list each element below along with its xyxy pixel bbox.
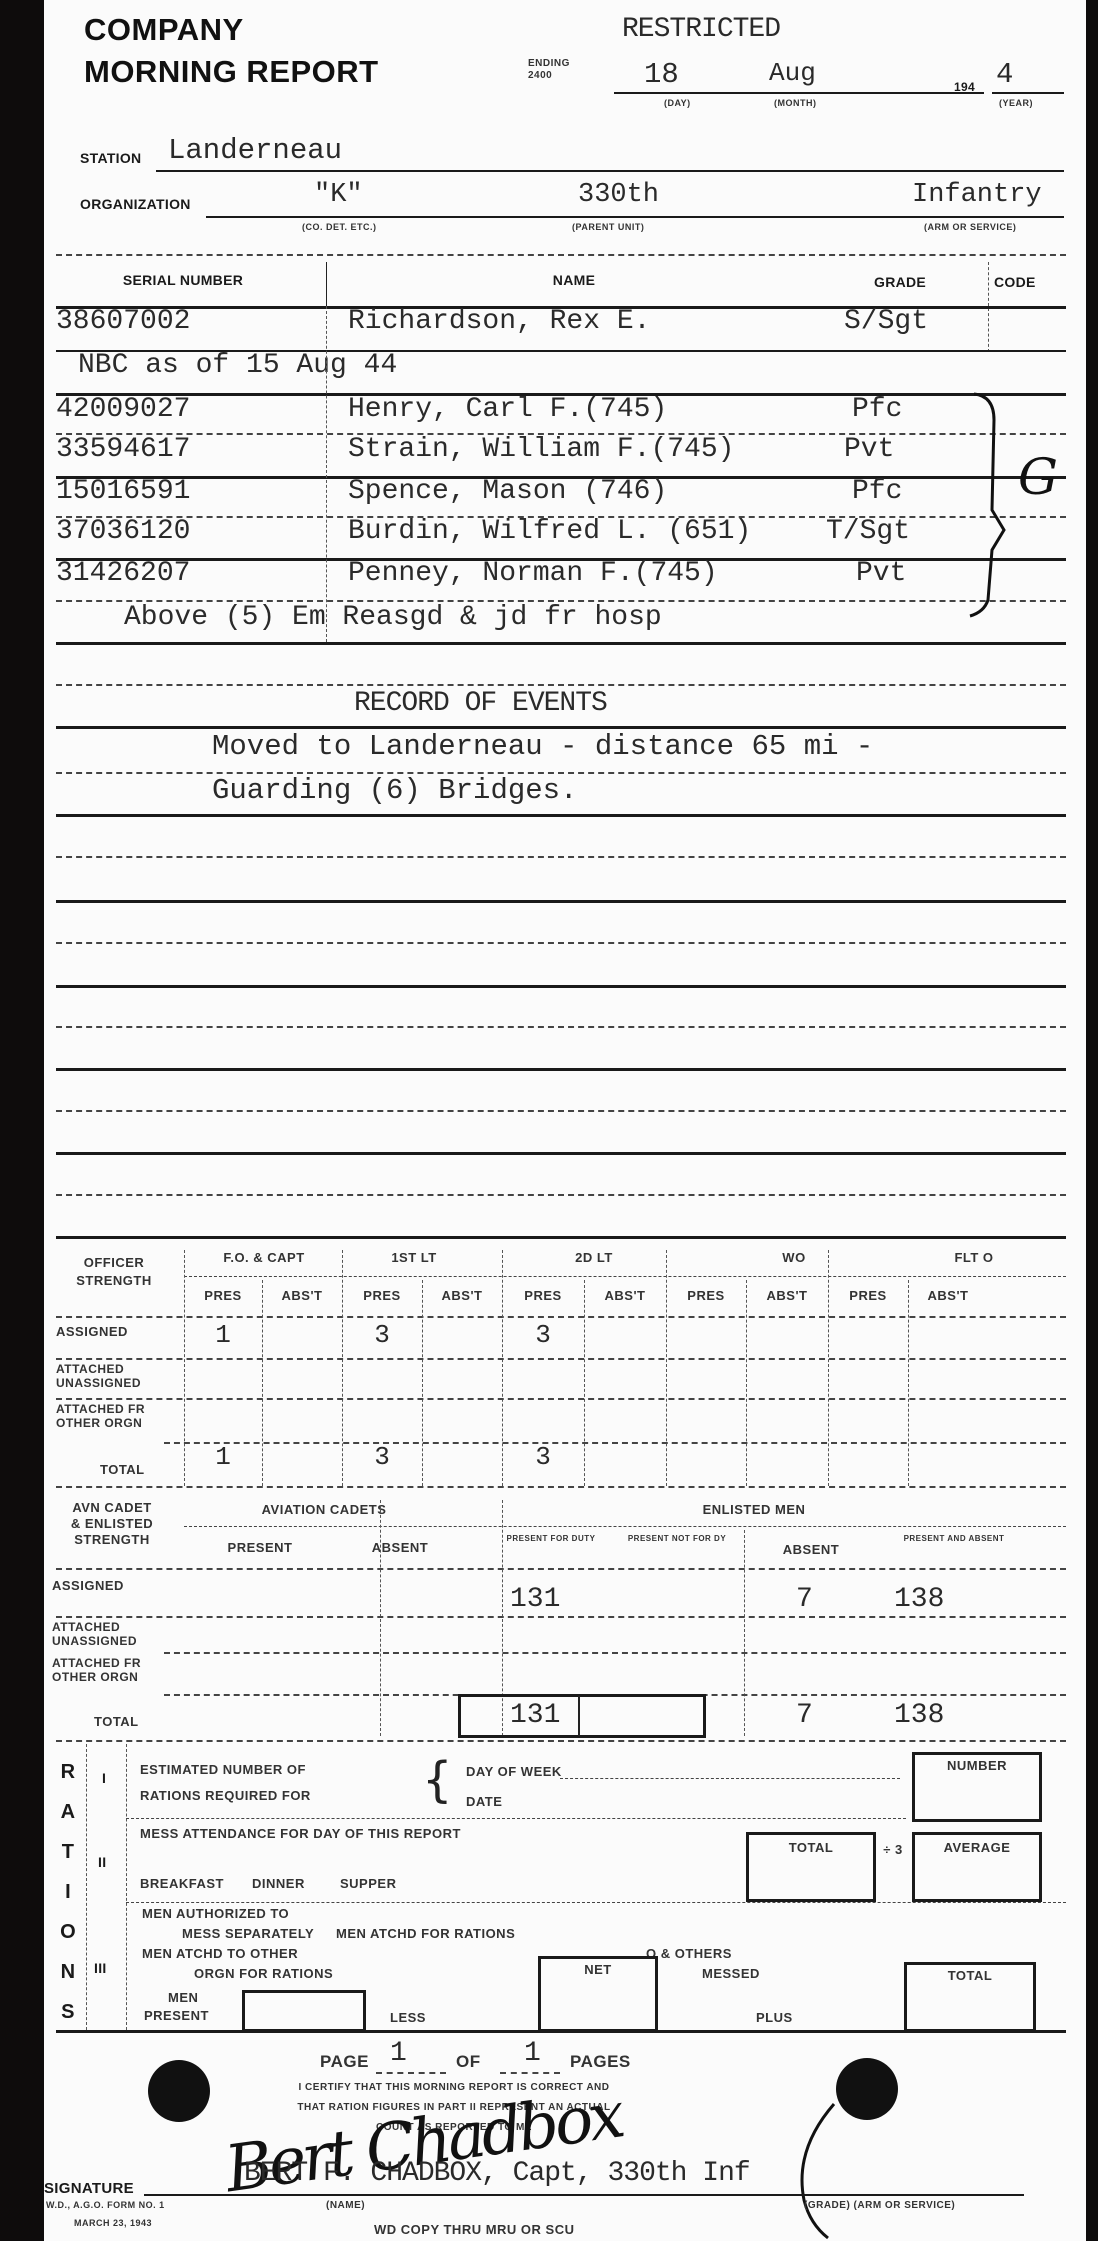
signature-label: SIGNATURE [44,2180,134,2197]
row-divider [184,1526,1066,1527]
serial-number: 37036120 [56,516,190,547]
officer-subheader: PRES [828,1288,908,1303]
signature-line [144,2194,1024,2196]
atchd-other-text2: ORGN FOR RATIONS [194,1966,333,1981]
officer-strength-label: OFFICERSTRENGTH [54,1254,174,1290]
aviation-cadets-group: AVIATION CADETS [224,1502,424,1517]
serial-number: 15016591 [56,476,190,507]
number-box-label: NUMBER [912,1758,1042,1773]
officer-subheader: PRES [502,1288,584,1303]
officer-group: 1ST LT [344,1250,484,1265]
soldier-grade: Pvt [856,558,906,589]
form-title-line2: MORNING REPORT [84,56,379,88]
divide-by-three: ÷ 3 [878,1842,908,1857]
atchd-other-text1: MEN ATCHD TO OTHER [142,1946,298,1961]
officer-subheader: ABS'T [746,1288,828,1303]
row-divider [56,1236,1066,1239]
event-line-2: Guarding (6) Bridges. [212,774,577,807]
row-divider [56,1194,1066,1196]
net-box-label: NET [538,1962,658,1977]
serial-number: 42009027 [56,394,190,425]
row-divider [56,1316,1066,1318]
year-underline [992,92,1064,94]
morning-report-form: COMPANY MORNING REPORT RESTRICTED ENDING… [44,0,1086,2241]
total-box-label: TOTAL [746,1840,876,1855]
row-divider [56,1152,1066,1155]
signer-typed-name: BERT F. CHADBOX, Capt, 330th Inf [244,2158,750,2189]
mess-separately-text2: MESS SEPARATELY [182,1926,314,1941]
col-divider [126,1744,127,2030]
copy-note: WD COPY THRU MRU OR SCU [374,2222,574,2237]
serial-number: 33594617 [56,434,190,465]
officer-subheader: PRES [666,1288,746,1303]
less-label: LESS [390,2010,426,2025]
row-divider [56,985,1066,988]
breakfast-label: BREAKFAST [140,1876,224,1891]
col-divider [262,1280,263,1486]
row-divider [56,642,1066,645]
date-label: DATE [466,1794,502,1809]
row-divider [164,1442,1066,1444]
form-date: MARCH 23, 1943 [74,2218,152,2228]
section-roman-1: I [102,1770,106,1786]
men-present-text1: MEN [168,1990,198,2005]
enlisted-subheader: ABSENT [340,1540,460,1555]
ending-label: ENDING2400 [528,58,570,82]
others-messed-text1: O & OTHERS [646,1946,732,1961]
row-divider [56,1398,1066,1400]
col-divider [666,1250,667,1486]
row-divider [56,1110,1066,1112]
organization-underline [206,216,1064,218]
plus-label: PLUS [756,2010,793,2025]
enlisted-value: 131 [510,1700,560,1731]
day-caption: (DAY) [664,98,691,108]
atchd-for-rations-label: MEN ATCHD FOR RATIONS [336,1926,515,1941]
row-divider [56,726,1066,729]
section-roman-3: III [94,1960,107,1976]
roster-header-code: CODE [994,274,1036,290]
officer-group: 2D LT [524,1250,664,1265]
enlisted-subheader: PRESENT AND ABSENT [884,1534,1024,1543]
bracket-code-mark: G [1018,448,1058,506]
officer-subheader: ABS'T [908,1288,988,1303]
station-underline [156,170,1064,172]
classification-stamp: RESTRICTED [622,14,780,45]
rations-side-label: RATIONS [58,1752,78,2032]
section-roman-2: II [98,1854,106,1870]
form-number: W.D., A.G.O. FORM NO. 1 [46,2200,165,2210]
enlisted-subheader: PRESENT NOT FOR DY [612,1534,742,1543]
col-divider [326,262,327,308]
row-label: ATTACHED UNASSIGNED [56,1362,176,1390]
row-label: ATTACHED FR OTHER ORGN [56,1402,176,1430]
row-divider [164,1652,1066,1654]
soldier-grade: Pfc [852,394,902,425]
enlisted-value: 7 [796,1700,813,1731]
mess-attendance-title: MESS ATTENDANCE FOR DAY OF THIS REPORT [140,1826,461,1841]
soldier-name: Burdin, Wilfred L. (651) [348,516,751,547]
officer-value: 1 [184,1442,262,1472]
col-divider [86,1744,87,2030]
row-divider [56,1026,1066,1028]
enlisted-value: 138 [894,1584,944,1615]
of-label: OF [456,2052,481,2072]
col-divider [326,306,327,642]
estimated-rations-text1: ESTIMATED NUMBER OF [140,1762,306,1777]
row-label: ATTACHED FR OTHER ORGN [52,1656,182,1684]
row-divider [126,1902,1066,1903]
enlisted-strength-label: AVN CADET& ENLISTEDSTRENGTH [50,1500,174,1548]
enlisted-men-group: ENLISTED MEN [604,1502,904,1517]
day-of-week-field [560,1778,900,1779]
month-caption: (MONTH) [774,98,817,108]
brace-icon: { [422,1756,453,1804]
roster-header-name: NAME [324,272,824,288]
officer-value: 1 [184,1320,262,1350]
row-divider [56,1616,1066,1618]
row-label: ASSIGNED [52,1578,124,1593]
enlisted-value: 131 [510,1584,560,1615]
station-value: Landerneau [168,134,342,167]
event-line-1: Moved to Landerneau - distance 65 mi - [212,730,873,763]
report-year-digit: 4 [996,58,1013,91]
page-label: PAGE [320,2052,369,2072]
average-box-label: AVERAGE [912,1840,1042,1855]
row-divider [184,1276,1066,1277]
roster-note: Above (5) Em Reasgd & jd fr hosp [124,602,662,633]
others-messed-text2: MESSED [702,1966,760,1981]
officer-subheader: ABS'T [584,1288,666,1303]
roster-header-serial: SERIAL NUMBER [58,272,308,288]
row-divider [56,1486,1066,1488]
organization-parent-unit: 330th [578,180,659,210]
row-divider [56,1068,1066,1071]
arm-caption: (ARM OR SERVICE) [924,222,1016,232]
soldier-grade: Pfc [852,476,902,507]
officer-group: F.O. & CAPT [184,1250,344,1265]
men-present-text2: PRESENT [144,2008,209,2023]
day-of-week-label: DAY OF WEEK [466,1764,562,1779]
col-divider [828,1250,829,1486]
divider [56,254,1066,256]
binder-hole-icon [148,2060,210,2122]
men-present-box [242,1990,366,2032]
form-title-line1: COMPANY [84,14,244,46]
row-divider [56,900,1066,903]
soldier-grade: S/Sgt [844,306,928,337]
name-caption: (NAME) [326,2200,365,2211]
officer-subheader: ABS'T [422,1288,502,1303]
col-divider [584,1280,585,1486]
soldier-name: Strain, William F.(745) [348,434,734,465]
col-divider [744,1530,745,1736]
soldier-name: Henry, Carl F.(745) [348,394,667,425]
rations-total-box-label: TOTAL [904,1968,1036,1983]
officer-group: FLT O [904,1250,1044,1265]
col-divider [746,1280,747,1486]
organization-arm: Infantry [912,180,1042,210]
row-divider [56,814,1066,817]
estimated-rations-text2: RATIONS REQUIRED FOR [140,1788,311,1803]
officer-value: 3 [342,1442,422,1472]
soldier-grade: T/Sgt [826,516,910,547]
enlisted-subheader: PRESENT FOR DUTY [502,1534,600,1543]
roster-note: NBC as of 15 Aug 44 [78,350,397,381]
row-divider [56,1568,1066,1570]
page-underline [376,2072,446,2074]
row-label: TOTAL [94,1714,139,1729]
col-divider [422,1280,423,1486]
enlisted-subheader: ABSENT [756,1542,866,1557]
enlisted-subheader: PRESENT [184,1540,336,1555]
officer-subheader: PRES [342,1288,422,1303]
supper-label: SUPPER [340,1876,396,1891]
row-divider [126,1818,906,1819]
signature-flourish-icon [784,2100,864,2240]
col-divider [578,1696,580,1736]
pages-total: 1 [524,2038,541,2069]
serial-number: 38607002 [56,306,190,337]
company-caption: (CO. DET. ETC.) [302,222,377,232]
roster-header-grade: GRADE [874,274,926,290]
officer-value: 3 [502,1320,584,1350]
report-day: 18 [644,58,679,91]
soldier-name: Spence, Mason (746) [348,476,667,507]
serial-number: 31426207 [56,558,190,589]
report-month: Aug [769,58,816,88]
mess-separately-text1: MEN AUTHORIZED TO [142,1906,289,1921]
station-label: STATION [80,150,141,166]
record-of-events-heading: RECORD OF EVENTS [354,688,607,719]
row-label: TOTAL [100,1462,145,1477]
organization-label: ORGANIZATION [80,196,191,212]
soldier-name: Richardson, Rex E. [348,306,650,337]
officer-value: 3 [502,1442,584,1472]
row-divider [56,2030,1066,2033]
row-divider [56,1740,1066,1742]
pages-underline [500,2072,560,2074]
row-label: ASSIGNED [56,1324,128,1339]
grade-caption: (GRADE) (ARM OR SERVICE) [804,2200,955,2211]
row-divider [56,856,1066,858]
officer-value: 3 [342,1320,422,1350]
officer-group: WO [724,1250,864,1265]
soldier-grade: Pvt [844,434,894,465]
officer-subheader: PRES [184,1288,262,1303]
page-number: 1 [390,2038,407,2069]
row-divider [56,942,1066,944]
col-divider [908,1280,909,1486]
year-prefix: 194 [954,80,975,94]
soldier-name: Penney, Norman F.(745) [348,558,718,589]
row-divider [56,684,1066,686]
enlisted-value: 138 [894,1700,944,1731]
parent-unit-caption: (PARENT UNIT) [572,222,644,232]
col-divider [380,1500,381,1736]
officer-subheader: ABS'T [262,1288,342,1303]
row-label: ATTACHED UNASSIGNED [52,1620,182,1648]
pages-label: PAGES [570,2052,631,2072]
row-divider [56,1358,1066,1360]
year-caption: (YEAR) [999,98,1033,108]
dinner-label: DINNER [252,1876,305,1891]
enlisted-total-box [458,1694,706,1738]
enlisted-value: 7 [796,1584,813,1615]
organization-company: "K" [314,180,363,210]
